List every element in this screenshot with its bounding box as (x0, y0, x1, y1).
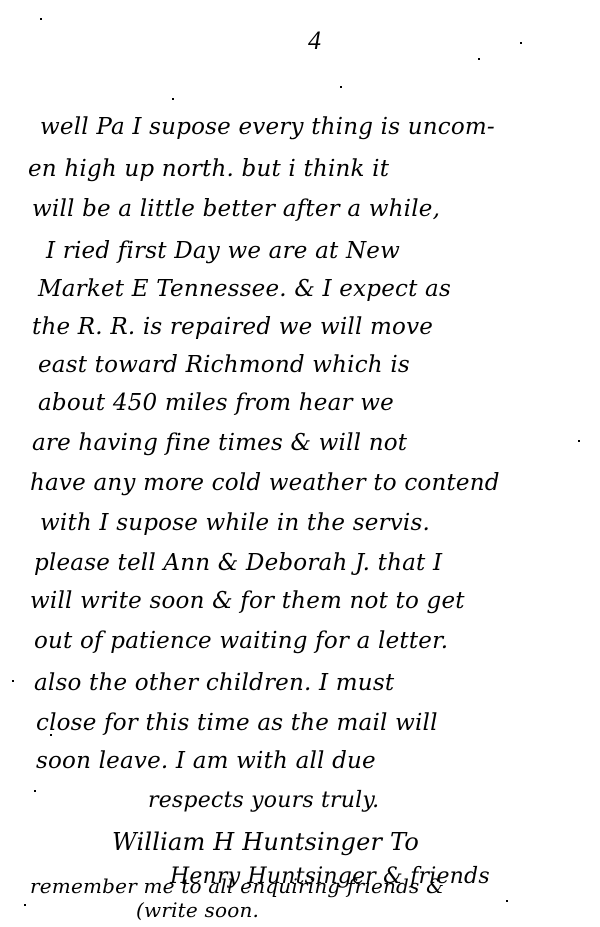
body-line: are having fine times & will not (32, 432, 407, 455)
scan-speck (40, 18, 42, 20)
body-line: with I supose while in the servis. (40, 512, 430, 535)
body-line: about 450 miles from hear we (38, 392, 394, 415)
body-line: also the other children. I must (34, 672, 394, 695)
page-number: 4 (308, 28, 321, 54)
body-line: please tell Ann & Deborah J. that I (34, 552, 442, 575)
body-line: en high up north. but i think it (28, 158, 389, 181)
body-line: have any more cold weather to contend (30, 472, 500, 495)
body-line: will be a little better after a while, (32, 198, 440, 221)
body-line: well Pa I supose every thing is uncom- (40, 116, 495, 139)
postscript-line: (write soon. (136, 900, 259, 920)
scan-speck (34, 790, 36, 792)
letter-page: 4 well Pa I supose every thing is uncom-… (0, 0, 600, 927)
scan-speck (340, 86, 342, 88)
body-line: out of patience waiting for a letter. (34, 630, 448, 653)
body-line: soon leave. I am with all due (36, 750, 376, 773)
body-line: the R. R. is repaired we will move (32, 316, 433, 339)
scan-speck (520, 42, 522, 44)
signature-line: William H Huntsinger To (112, 830, 419, 854)
scan-speck (50, 734, 52, 736)
body-line: close for this time as the mail will (36, 712, 438, 735)
postscript-line: remember me to all enquiring friends & (30, 876, 444, 896)
scan-speck (578, 440, 580, 442)
scan-speck (172, 98, 174, 100)
closing-line: respects yours truly. (148, 790, 379, 812)
scan-speck (12, 680, 14, 682)
body-line: Market E Tennessee. & I expect as (38, 278, 451, 301)
scan-speck (24, 904, 26, 906)
body-line: I ried first Day we are at New (46, 240, 400, 263)
body-line: east toward Richmond which is (38, 354, 410, 377)
scan-speck (506, 900, 508, 902)
body-line: will write soon & for them not to get (30, 590, 465, 613)
scan-speck (478, 58, 480, 60)
